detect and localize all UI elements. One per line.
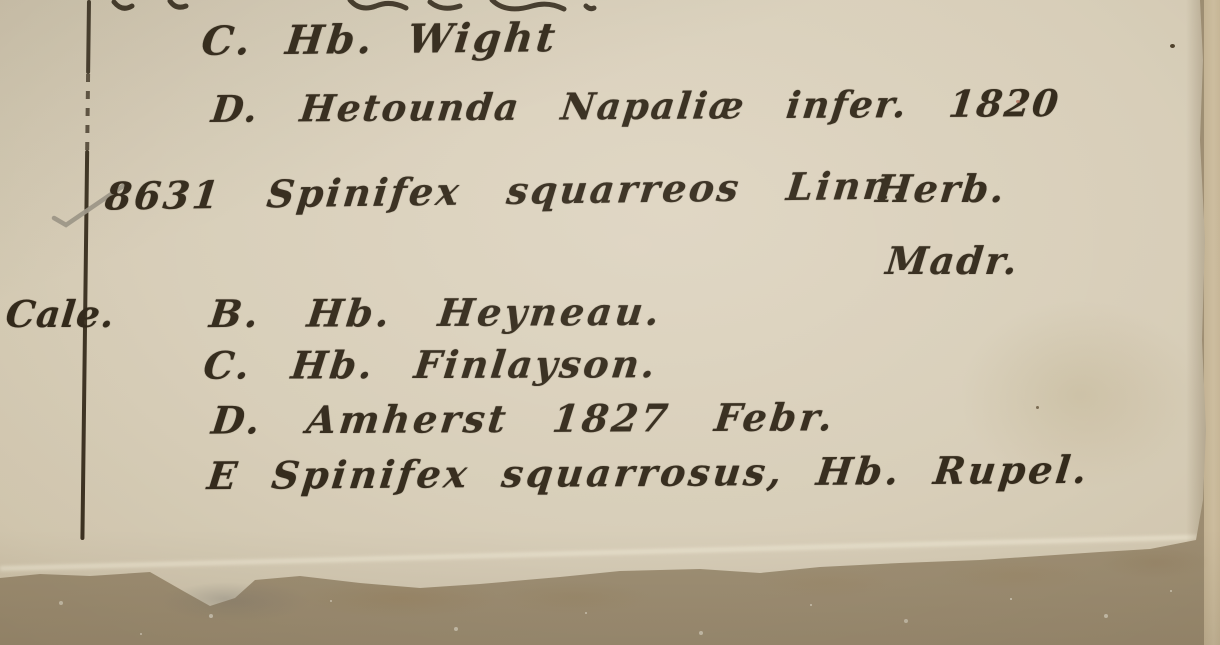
rule-segment bbox=[86, 0, 91, 74]
edge-stain bbox=[760, 568, 890, 598]
ink-speck bbox=[1170, 44, 1175, 48]
paper-sheet: C. Hb. Wight D. Hetounda Napaliæ infer. … bbox=[0, 0, 1220, 645]
ledger-page-photo: C. Hb. Wight D. Hetounda Napaliæ infer. … bbox=[0, 0, 1220, 645]
ledger-line-finlayson: C. Hb. Finlayson. bbox=[201, 341, 660, 388]
ink-speck bbox=[1036, 406, 1039, 409]
edge-stain bbox=[940, 560, 1090, 590]
ink-speck bbox=[1016, 100, 1020, 103]
ledger-line-amherst: D. Amherst 1827 Febr. bbox=[209, 394, 838, 442]
ledger-line-wight: C. Hb. Wight bbox=[199, 14, 560, 65]
margin-note-cale: Cale. bbox=[4, 292, 118, 336]
ledger-line-entry-8631: 8631 Spinifex squarreos Linn. bbox=[103, 162, 912, 218]
ledger-line-heyneau: B. Hb. Heyneau. bbox=[207, 289, 665, 336]
ledger-line-madr: Madr. bbox=[884, 238, 1022, 283]
ledger-line-spinifex-e: E Spinifex squarrosus, Hb. Rupel. bbox=[205, 447, 1092, 498]
backing-surface-right-strip bbox=[1204, 0, 1220, 645]
vertical-margin-rule bbox=[80, 0, 91, 540]
rule-segment-dashed bbox=[85, 74, 90, 150]
ledger-line-herb: Herb. bbox=[874, 166, 1009, 211]
edge-stain bbox=[500, 580, 650, 614]
ledger-line-hetounda: D. Hetounda Napaliæ infer. 1820 bbox=[209, 81, 1062, 131]
